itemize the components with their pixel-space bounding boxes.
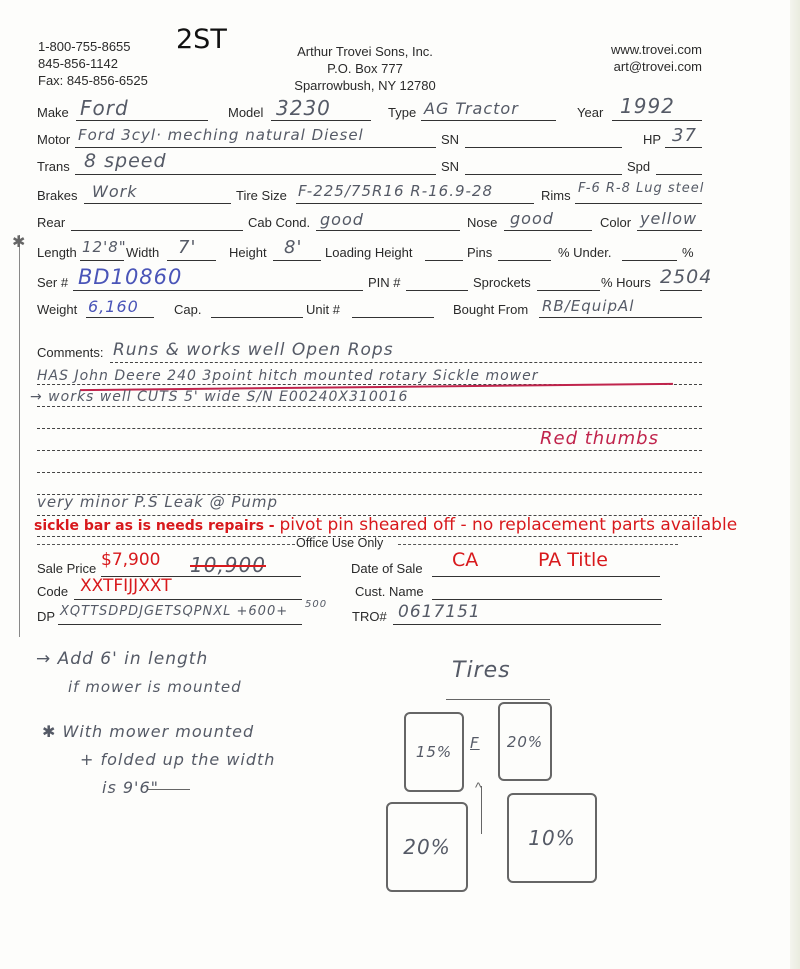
tire-front-right: 20% — [498, 702, 552, 781]
tires-title-underline — [446, 699, 550, 700]
contact-phones: 1-800-755-8655 845-856-1142 Fax: 845-856… — [38, 38, 148, 89]
motor-label: Motor — [37, 132, 70, 147]
tire-rear-right: 10% — [507, 793, 597, 883]
length-note-line-2: if mower is mounted — [36, 673, 242, 701]
width-note-line-1: ✱ With mower mounted — [42, 718, 275, 746]
ser-label: Ser # — [37, 275, 68, 290]
comment-line-7[interactable]: very minor P.S Leak @ Pump — [37, 493, 278, 511]
tire-rear-left: 20% — [386, 802, 468, 892]
tire-front-left-value: 15% — [406, 743, 462, 761]
typed-note-bold: sickle bar as is needs repairs - — [34, 518, 279, 534]
row-trans: Trans 8 speed SN Spd — [0, 154, 800, 178]
title-state-note: PA Title — [538, 549, 608, 571]
hours-label: % Hours — [601, 275, 651, 290]
dp-superscript: 500 — [305, 599, 327, 610]
tire-rear-left-value: 20% — [388, 835, 466, 859]
width-field[interactable]: 7' — [178, 237, 196, 258]
fax-number: Fax: 845-856-6525 — [38, 72, 148, 89]
hp-label: HP — [643, 132, 661, 147]
comment-red-thumbs[interactable]: Red thumbs — [540, 428, 659, 449]
company-name: Arthur Trovei Sons, Inc. — [280, 43, 450, 60]
weight-field[interactable]: 6,160 — [88, 297, 139, 316]
code-field[interactable]: XXTFIJJXXT — [80, 576, 172, 596]
hp-field[interactable]: 37 — [672, 125, 697, 146]
toll-free-phone: 1-800-755-8655 — [38, 38, 148, 55]
city-state-zip: Sparrowbush, NY 12780 — [280, 77, 450, 94]
code-label: Code — [37, 584, 68, 599]
pct-under-suffix: % — [682, 245, 694, 260]
trans-sn-label: SN — [441, 159, 459, 174]
nose-label: Nose — [467, 215, 497, 230]
model-field[interactable]: 3230 — [276, 96, 331, 120]
tire-size-label: Tire Size — [236, 188, 287, 203]
dp-label: DP — [37, 609, 55, 624]
make-label: Make — [37, 105, 69, 120]
email-link[interactable]: art@trovei.com — [590, 58, 702, 75]
row-motor: Motor Ford 3cyl· meching natural Diesel … — [0, 127, 800, 151]
nose-field[interactable]: good — [510, 209, 554, 228]
po-box: P.O. Box 777 — [280, 60, 450, 77]
cap-label: Cap. — [174, 302, 201, 317]
type-field[interactable]: AG Tractor — [424, 99, 519, 118]
row-dimensions: Length 12'8" Width 7' Height 8' Loading … — [0, 240, 800, 264]
year-label: Year — [577, 105, 603, 120]
cab-cond-label: Cab Cond. — [248, 215, 310, 230]
comment-line-3[interactable]: → works well CUTS 5' wide S/N E00240X310… — [30, 389, 408, 405]
row-weight: Weight 6,160 Cap. Unit # Bought From RB/… — [0, 297, 800, 321]
row-brakes: Brakes Work Tire Size F-225/75R16 R-16.9… — [0, 183, 800, 207]
trans-field[interactable]: 8 speed — [84, 150, 167, 172]
bought-from-field[interactable]: RB/EquipAl — [542, 297, 634, 315]
spd-label: Spd — [627, 159, 650, 174]
tire-front-left: 15% — [404, 712, 464, 792]
width-note-line-2: + folded up the width — [42, 746, 275, 774]
bought-from-label: Bought From — [453, 302, 528, 317]
model-label: Model — [228, 105, 263, 120]
front-marker: F — [470, 734, 480, 752]
tire-rear-right-value: 10% — [509, 826, 595, 850]
rims-field[interactable]: F-6 R-8 Lug steel — [578, 181, 704, 196]
cab-cond-field[interactable]: good — [320, 210, 364, 229]
trans-label: Trans — [37, 159, 70, 174]
tire-front-right-value: 20% — [500, 733, 550, 751]
date-of-sale-field[interactable]: CA — [452, 549, 478, 571]
date-of-sale-label: Date of Sale — [351, 561, 423, 576]
underline-mark — [148, 789, 190, 790]
sale-price-label: Sale Price — [37, 561, 96, 576]
ser-field[interactable]: BD10860 — [78, 265, 182, 289]
typed-note: pivot pin sheared off - no replacement p… — [279, 515, 737, 535]
length-field[interactable]: 12'8" — [82, 238, 127, 256]
typed-repair-note: sickle bar as is needs repairs - pivot p… — [34, 515, 737, 535]
rear-label: Rear — [37, 215, 65, 230]
comment-line-1[interactable]: Runs & works well Open Rops — [113, 340, 394, 360]
hours-field[interactable]: 2504 — [660, 266, 712, 288]
local-phone: 845-856-1142 — [38, 55, 148, 72]
stamp-code: 2ST — [176, 24, 227, 55]
weight-label: Weight — [37, 302, 77, 317]
pin-label: PIN # — [368, 275, 401, 290]
year-field[interactable]: 1992 — [620, 94, 675, 118]
color-field[interactable]: yellow — [640, 209, 697, 228]
width-note-line-3: is 9'6" — [42, 774, 275, 802]
height-label: Height — [229, 245, 267, 260]
brakes-label: Brakes — [37, 188, 77, 203]
tires-title: Tires — [452, 658, 511, 683]
arrow-head-icon: ^ — [475, 781, 482, 793]
length-note-line-1: → Add 6' in length — [36, 645, 242, 673]
sprockets-label: Sprockets — [473, 275, 531, 290]
width-label: Width — [126, 245, 159, 260]
length-label: Length — [37, 245, 77, 260]
color-label: Color — [600, 215, 631, 230]
row-rear: Rear Cab Cond. good Nose good Color yell… — [0, 210, 800, 234]
margin-arrow-line — [19, 235, 20, 637]
paper-edge — [790, 0, 800, 969]
pins-label: Pins — [467, 245, 492, 260]
pct-under-label: % Under. — [558, 245, 611, 260]
tro-field[interactable]: 0617151 — [398, 602, 481, 622]
unit-label: Unit # — [306, 302, 340, 317]
company-address: Arthur Trovei Sons, Inc. P.O. Box 777 Sp… — [280, 43, 450, 94]
comments-label: Comments: — [37, 345, 103, 360]
make-field[interactable]: Ford — [80, 96, 129, 120]
tro-label: TRO# — [352, 609, 387, 624]
loading-height-label: Loading Height — [325, 245, 412, 260]
motor-field[interactable]: Ford 3cyl· meching natural Diesel — [78, 126, 364, 144]
type-label: Type — [388, 105, 416, 120]
row-make: Make Ford Model 3230 Type AG Tractor Yea… — [0, 100, 800, 124]
dp-field[interactable]: XQTTSDPDJGETSQPNXL +600+ — [60, 604, 288, 619]
struck-price: 10,900 — [190, 553, 266, 577]
row-serial: Ser # BD10860 PIN # Sprockets % Hours 25… — [0, 270, 800, 294]
website-link[interactable]: www.trovei.com — [590, 41, 702, 58]
cust-name-label: Cust. Name — [355, 584, 424, 599]
office-use-title: Office Use Only — [296, 536, 383, 550]
brakes-field[interactable]: Work — [92, 182, 137, 201]
tire-size-field[interactable]: F-225/75R16 R-16.9-28 — [298, 182, 493, 200]
comment-line-2[interactable]: HAS John Deere 240 3point hitch mounted … — [37, 368, 539, 384]
sale-price-field[interactable]: $7,900 — [101, 550, 160, 570]
length-note: → Add 6' in length if mower is mounted — [36, 645, 242, 701]
motor-sn-label: SN — [441, 132, 459, 147]
height-field[interactable]: 8' — [284, 237, 302, 258]
web-contact: www.trovei.com art@trovei.com — [590, 41, 702, 75]
rims-label: Rims — [541, 188, 571, 203]
